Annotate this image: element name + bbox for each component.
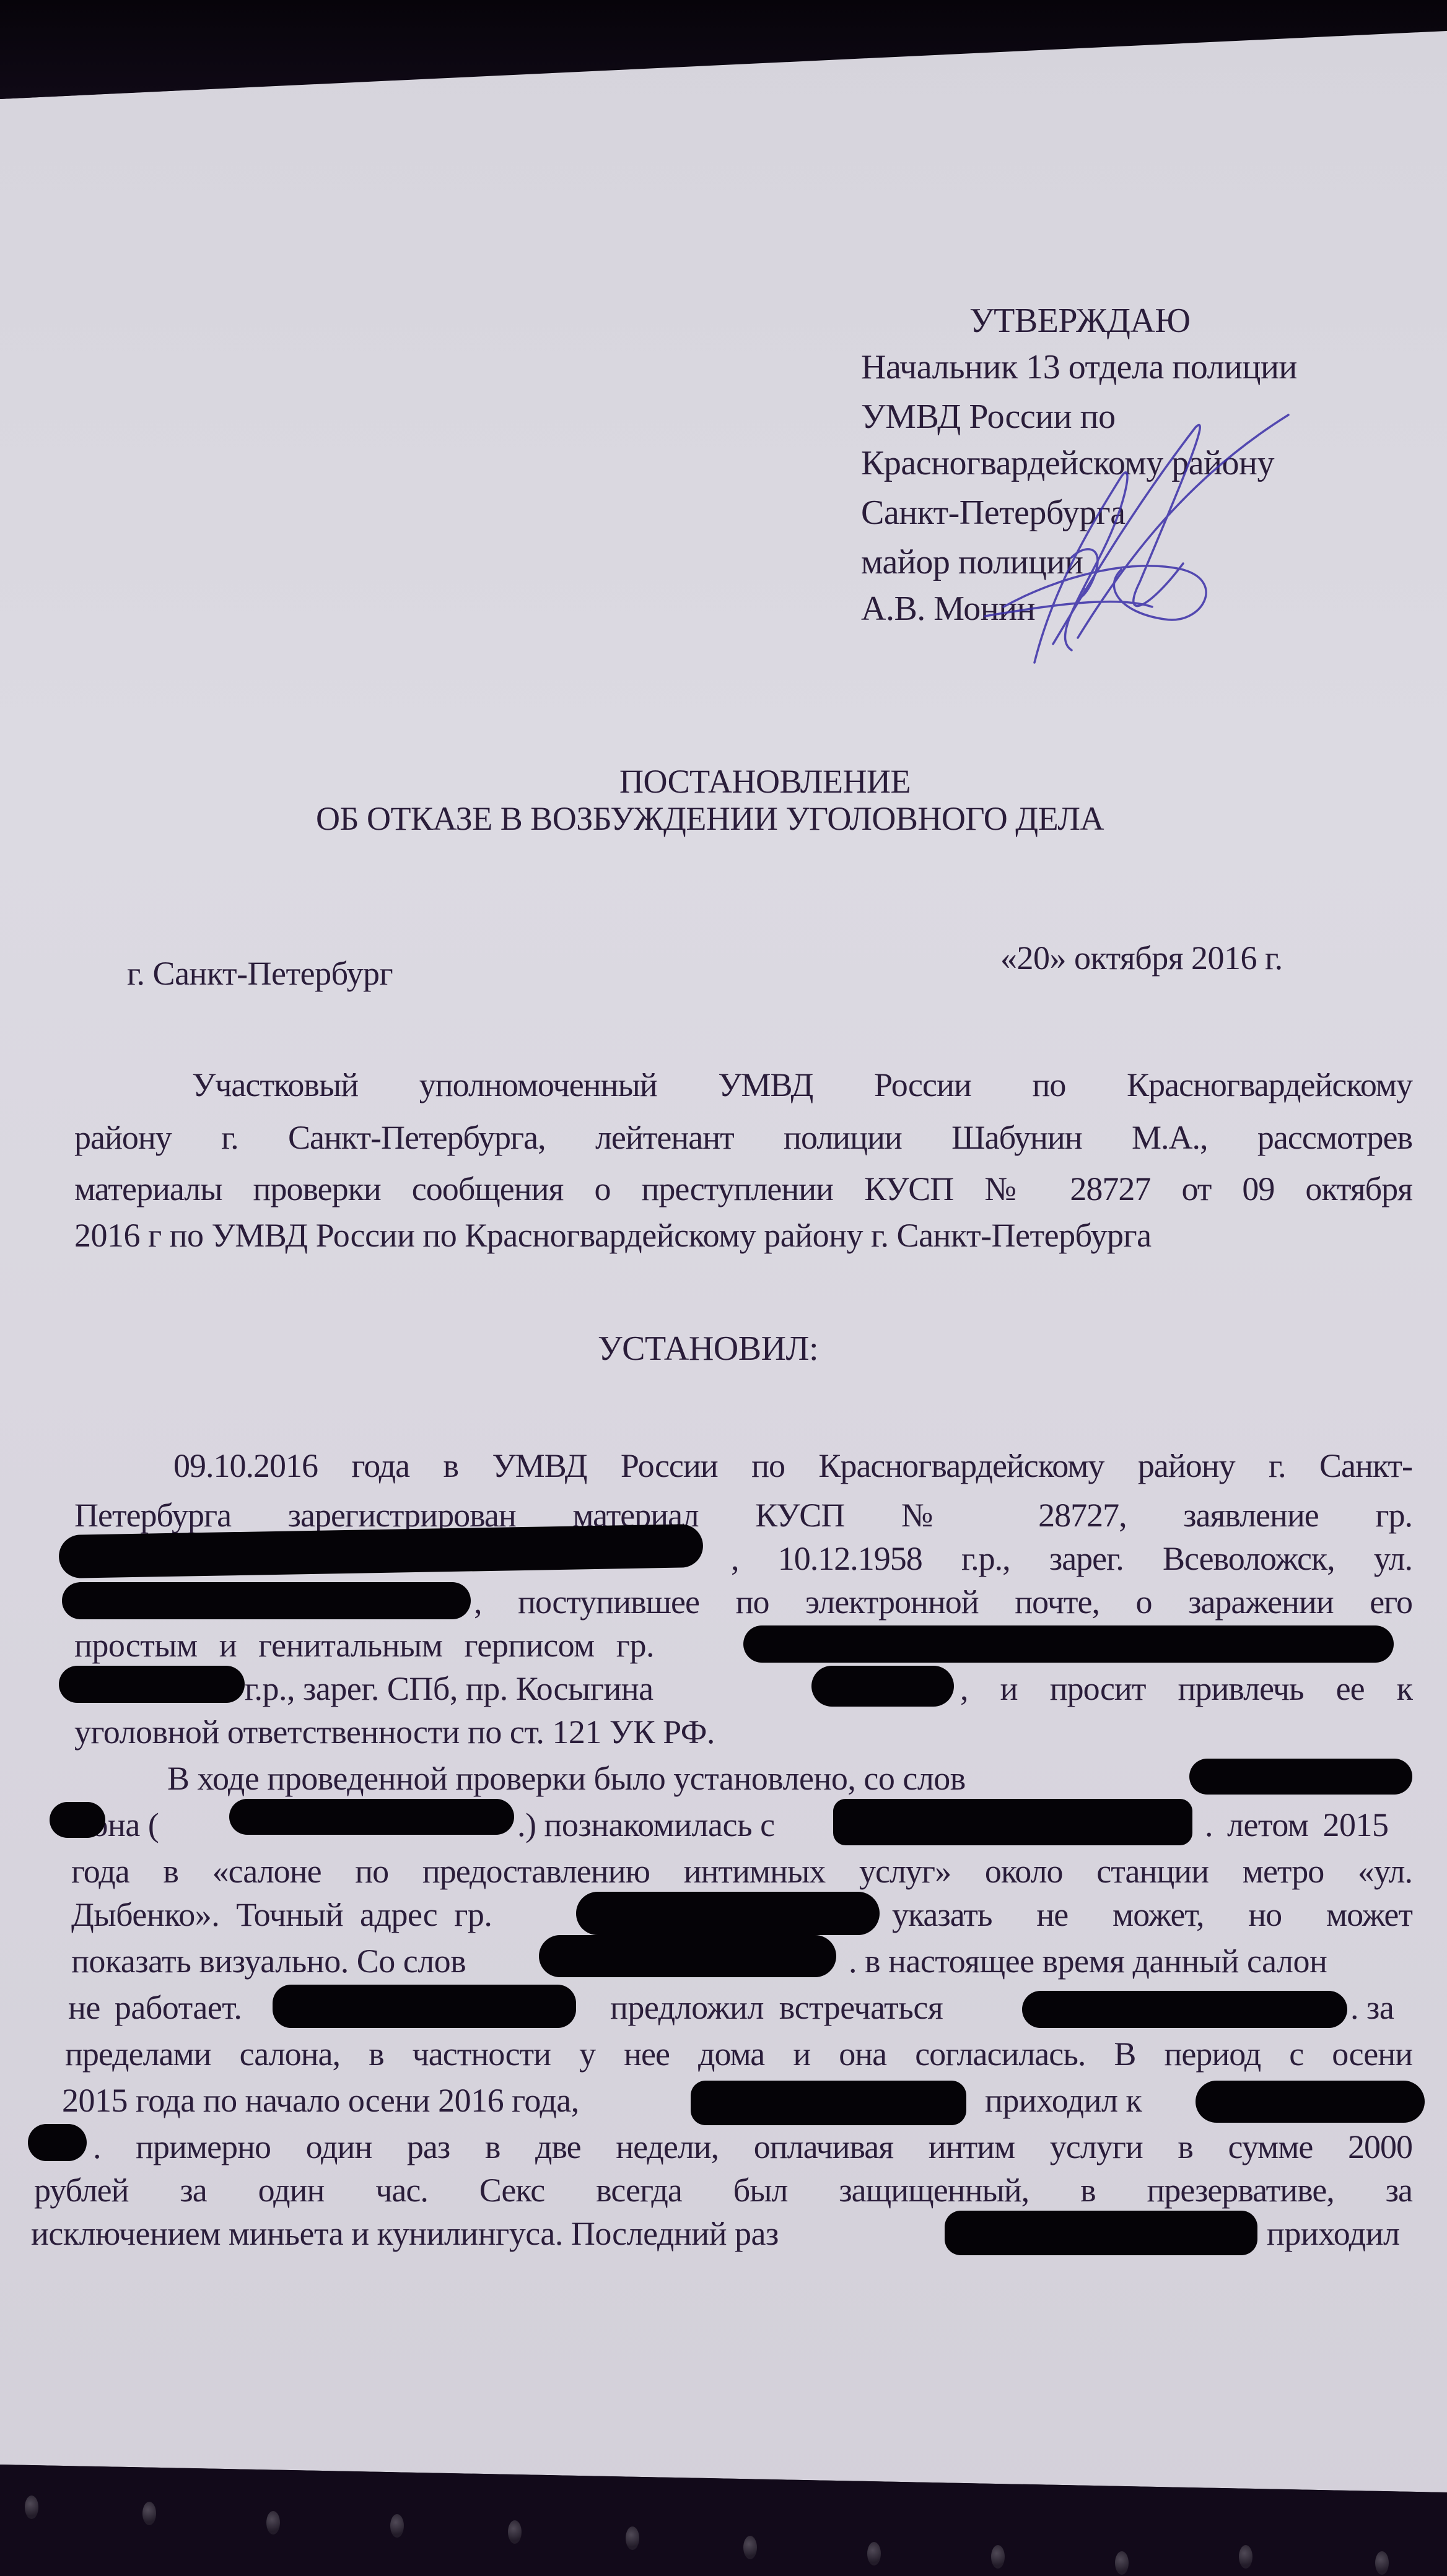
document-title: ПОСТАНОВЛЕНИЕ <box>619 765 911 798</box>
body-line: . в настоящее время данный салон <box>849 1944 1327 1978</box>
body-line: . примерно один раз в две недели, оплачи… <box>93 2130 1412 2164</box>
redaction <box>743 1625 1394 1663</box>
redaction <box>576 1892 880 1935</box>
redaction <box>273 1985 576 2028</box>
redaction <box>28 2124 87 2161</box>
section-heading: УСТАНОВИЛ: <box>598 1331 818 1366</box>
redaction <box>1196 2081 1425 2123</box>
droplet <box>508 2520 522 2544</box>
body-line: В ходе проведенной проверки было установ… <box>167 1762 966 1795</box>
body-line: . летом 2015 <box>1205 1808 1388 1842</box>
approval-line: Начальник 13 отдела полиции <box>861 350 1297 385</box>
body-line: рублей за один час. Секс всегда был защи… <box>34 2173 1412 2207</box>
redaction <box>833 1799 1192 1845</box>
droplet <box>25 2495 38 2519</box>
redaction <box>50 1802 105 1838</box>
body-line: 2015 года по начало осени 2016 года, <box>62 2084 579 2117</box>
body-line: Петербурга зарегистрирован материал КУСП… <box>74 1499 1412 1532</box>
body-line: пределами салона, в частности у нее дома… <box>65 2037 1412 2071</box>
document-subtitle: ОБ ОТКАЗЕ В ВОЗБУЖДЕНИИ УГОЛОВНОГО ДЕЛА <box>316 802 1104 835</box>
intro-line: району г. Санкт-Петербурга, лейтенант по… <box>74 1121 1412 1154</box>
place: г. Санкт-Петербург <box>127 957 393 990</box>
redaction <box>539 1935 836 1977</box>
body-line: простым и генитальным герписом гр. <box>74 1629 654 1662</box>
body-line: Дыбенко». Точный адрес гр. <box>71 1898 492 1931</box>
body-line: приходил <box>1267 2217 1400 2250</box>
body-line: 09.10.2016 года в УМВД России по Красног… <box>173 1449 1412 1482</box>
redaction <box>1022 1991 1347 2028</box>
redaction <box>59 1666 245 1703</box>
intro-line: 2016 г по УМВД России по Красногвардейск… <box>74 1219 1152 1252</box>
redaction <box>229 1799 514 1835</box>
droplet <box>142 2502 156 2525</box>
droplet <box>1239 2545 1252 2569</box>
droplet <box>1375 2551 1389 2575</box>
body-line: . за <box>1350 1991 1394 2024</box>
approval-heading: УТВЕРЖДАЮ <box>969 303 1190 338</box>
droplet <box>390 2514 404 2538</box>
signature-icon <box>979 402 1326 687</box>
body-line: приходил к <box>985 2084 1142 2117</box>
body-line: указать не может, но может <box>892 1898 1412 1931</box>
body-line: исключением миньета и кунилингуса. После… <box>31 2217 779 2250</box>
body-line: года в «салоне по предоставлению интимны… <box>71 1855 1412 1888</box>
redaction <box>811 1666 954 1707</box>
body-line: , поступившее по электронной почте, о за… <box>474 1585 1412 1619</box>
redaction <box>1189 1759 1412 1795</box>
body-line: г.р., зарег. СПб, пр. Косыгина <box>245 1672 654 1705</box>
body-line: , и просит привлечь ее к <box>960 1672 1412 1705</box>
droplet <box>867 2542 881 2565</box>
date: «20» октября 2016 г. <box>1000 941 1283 975</box>
droplet <box>266 2511 280 2535</box>
droplet <box>1115 2551 1129 2575</box>
body-line: , 10.12.1958 г.р., зарег. Всеволожск, ул… <box>731 1542 1412 1575</box>
redaction <box>62 1582 471 1619</box>
body-line: .) познакомилась с <box>517 1808 775 1842</box>
droplet <box>626 2526 639 2550</box>
body-line: показать визуально. Со слов <box>71 1944 466 1978</box>
intro-line: Участковый уполномоченный УМВД России по… <box>192 1068 1412 1102</box>
redaction <box>945 2211 1257 2255</box>
intro-line: материалы проверки сообщения о преступле… <box>74 1172 1412 1206</box>
droplet <box>743 2536 757 2559</box>
body-line: не работает. <box>68 1991 242 2024</box>
droplet <box>991 2545 1005 2569</box>
body-line: предложил встречаться <box>610 1991 943 2024</box>
redaction <box>691 2081 966 2125</box>
body-line: уголовной ответственности по ст. 121 УК … <box>74 1715 715 1749</box>
